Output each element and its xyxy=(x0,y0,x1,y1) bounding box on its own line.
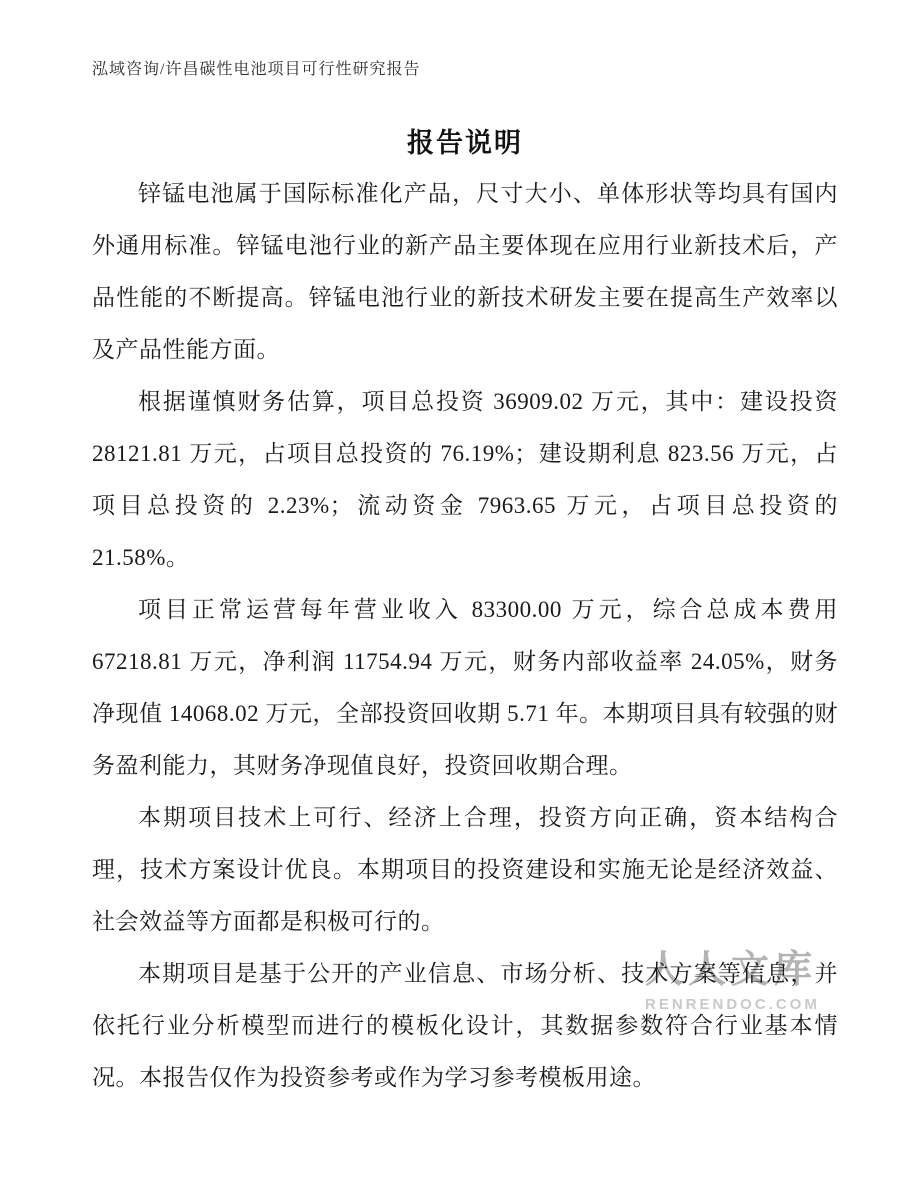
paragraph: 本期项目技术上可行、经济上合理，投资方向正确，资本结构合理，技术方案设计优良。本… xyxy=(92,792,838,948)
document-header: 泓域咨询/许昌碳性电池项目可行性研究报告 xyxy=(92,56,838,79)
page-title: 报告说明 xyxy=(92,121,838,160)
paragraph: 本期项目是基于公开的产业信息、市场分析、技术方案等信息，并依托行业分析模型而进行… xyxy=(92,948,838,1104)
paragraph: 锌锰电池属于国际标准化产品，尺寸大小、单体形状等均具有国内外通用标准。锌锰电池行… xyxy=(92,168,838,376)
document-page: 人人文库 RENRENDOC.COM 泓域咨询/许昌碳性电池项目可行性研究报告 … xyxy=(0,0,920,1191)
paragraph: 项目正常运营每年营业收入 83300.00 万元，综合总成本费用 67218.8… xyxy=(92,584,838,792)
document-body: 锌锰电池属于国际标准化产品，尺寸大小、单体形状等均具有国内外通用标准。锌锰电池行… xyxy=(92,168,838,1104)
paragraph: 根据谨慎财务估算，项目总投资 36909.02 万元，其中：建设投资 28121… xyxy=(92,376,838,584)
document-content: 泓域咨询/许昌碳性电池项目可行性研究报告 报告说明 锌锰电池属于国际标准化产品，… xyxy=(0,0,920,1104)
